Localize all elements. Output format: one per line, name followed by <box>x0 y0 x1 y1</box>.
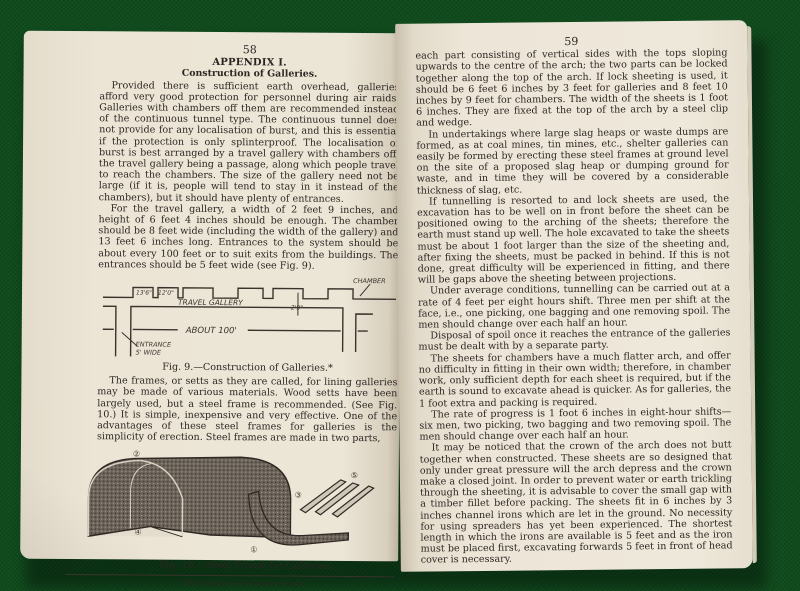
chamber-label: CHAMBER <box>353 277 386 285</box>
entrance-label: ENTRANCE <box>136 341 172 349</box>
paragraph: Provided there is sufficient earth overh… <box>99 80 400 205</box>
paragraph: The frames, or setts as they are called,… <box>97 375 397 444</box>
marker-2: ② <box>133 450 140 459</box>
figure-9-diagram: 13'6" 12'0" TRAVEL GALLERY 2'9" CHAMBER … <box>98 274 399 362</box>
figure-10-caption: Fig. 10.—Steel Frame for Galleries. <box>96 560 396 573</box>
paragraph: In undertakings where large slag heaps o… <box>416 126 729 196</box>
about-label: ABOUT 100' <box>185 326 237 336</box>
travel-gallery-label: TRAVEL GALLERY <box>178 298 244 307</box>
paragraph: each part consisting of vertical sides w… <box>415 48 728 130</box>
left-page: 58 APPENDIX I. Construction of Galleries… <box>20 31 402 562</box>
figure-9-caption: Fig. 9.—Construction of Galleries.* <box>97 361 397 374</box>
dim-label: 12'0" <box>158 290 174 297</box>
paragraph: For the travel gallery, a width of 2 fee… <box>98 203 398 272</box>
entrance-width-label: 5' WIDE <box>136 349 162 357</box>
marker-4: ④ <box>134 528 141 537</box>
marker-5: ⑤ <box>351 471 358 480</box>
footnote: * This diagram is not drawn to scale. <box>86 577 396 590</box>
width-label: 2'9" <box>291 305 303 312</box>
marker-1: ① <box>250 546 257 555</box>
paragraph: Disposal of spoil once it reaches the en… <box>418 328 730 354</box>
page-number: 58 <box>100 43 400 56</box>
paragraph: It may be noticed that the crown of the … <box>420 440 733 566</box>
figure-10-illustration: ② ④ ① ③ ⑤ <box>50 448 396 560</box>
marker-3: ③ <box>295 491 302 500</box>
right-page-content: 59 each part consisting of vertical side… <box>415 34 733 566</box>
right-page: 59 each part consisting of vertical side… <box>395 20 753 572</box>
paragraph: Under average conditions, tunnelling can… <box>418 283 730 331</box>
page-number: 59 <box>415 34 727 48</box>
paragraph: If tunnelling is resorted to and lock sh… <box>417 193 730 286</box>
section-subtitle: Construction of Galleries. <box>100 68 400 81</box>
left-page-content: 58 APPENDIX I. Construction of Galleries… <box>96 43 400 590</box>
dim-label: 13'6" <box>136 290 152 297</box>
paragraph: The rate of progress is 1 foot 6 inches … <box>419 406 731 443</box>
paragraph: The sheets for chambers have a much flat… <box>419 350 732 409</box>
